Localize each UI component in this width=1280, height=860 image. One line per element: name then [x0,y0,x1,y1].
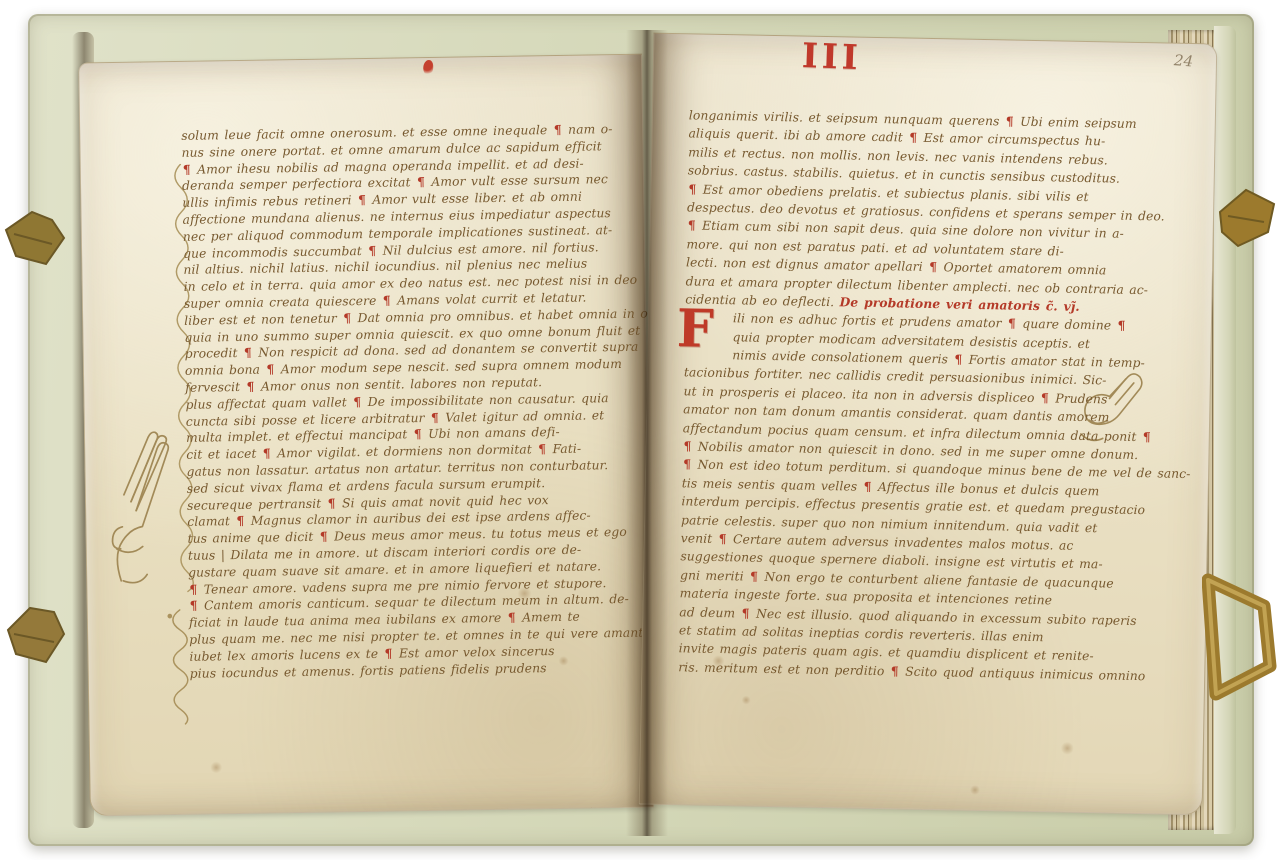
fox-spot [970,785,980,795]
right-page: III 24 Flonganimis virilis. et seipsum n… [639,33,1218,816]
tie-left-top [4,210,66,272]
fox-spot [1061,742,1074,755]
gutter-shadow [626,30,668,836]
tie-left-bottom [6,604,66,668]
chapter-initial-drop-cap: F [676,305,723,356]
right-cover-lip [1214,26,1236,834]
photo-stage: solum leue facit omne onerosum. et esse … [0,0,1280,860]
tie-right-top [1216,186,1280,252]
left-page: solum leue facit omne onerosum. et esse … [78,54,654,817]
manuscript-book: solum leue facit omne onerosum. et esse … [28,14,1254,846]
fox-spot [210,761,222,773]
red-ink-splash [423,60,433,75]
running-header-book-numeral: III [801,36,862,78]
manicule-icon [109,430,177,587]
fox-spot [558,656,568,666]
right-page-text: Flonganimis virilis. et seipsum nunquam … [678,106,1143,685]
fox-spot [742,695,751,704]
folio-number: 24 [1173,51,1193,70]
left-page-text: solum leue facit omne onerosum. et esse … [181,121,652,682]
tie-right-bottom [1202,570,1280,710]
